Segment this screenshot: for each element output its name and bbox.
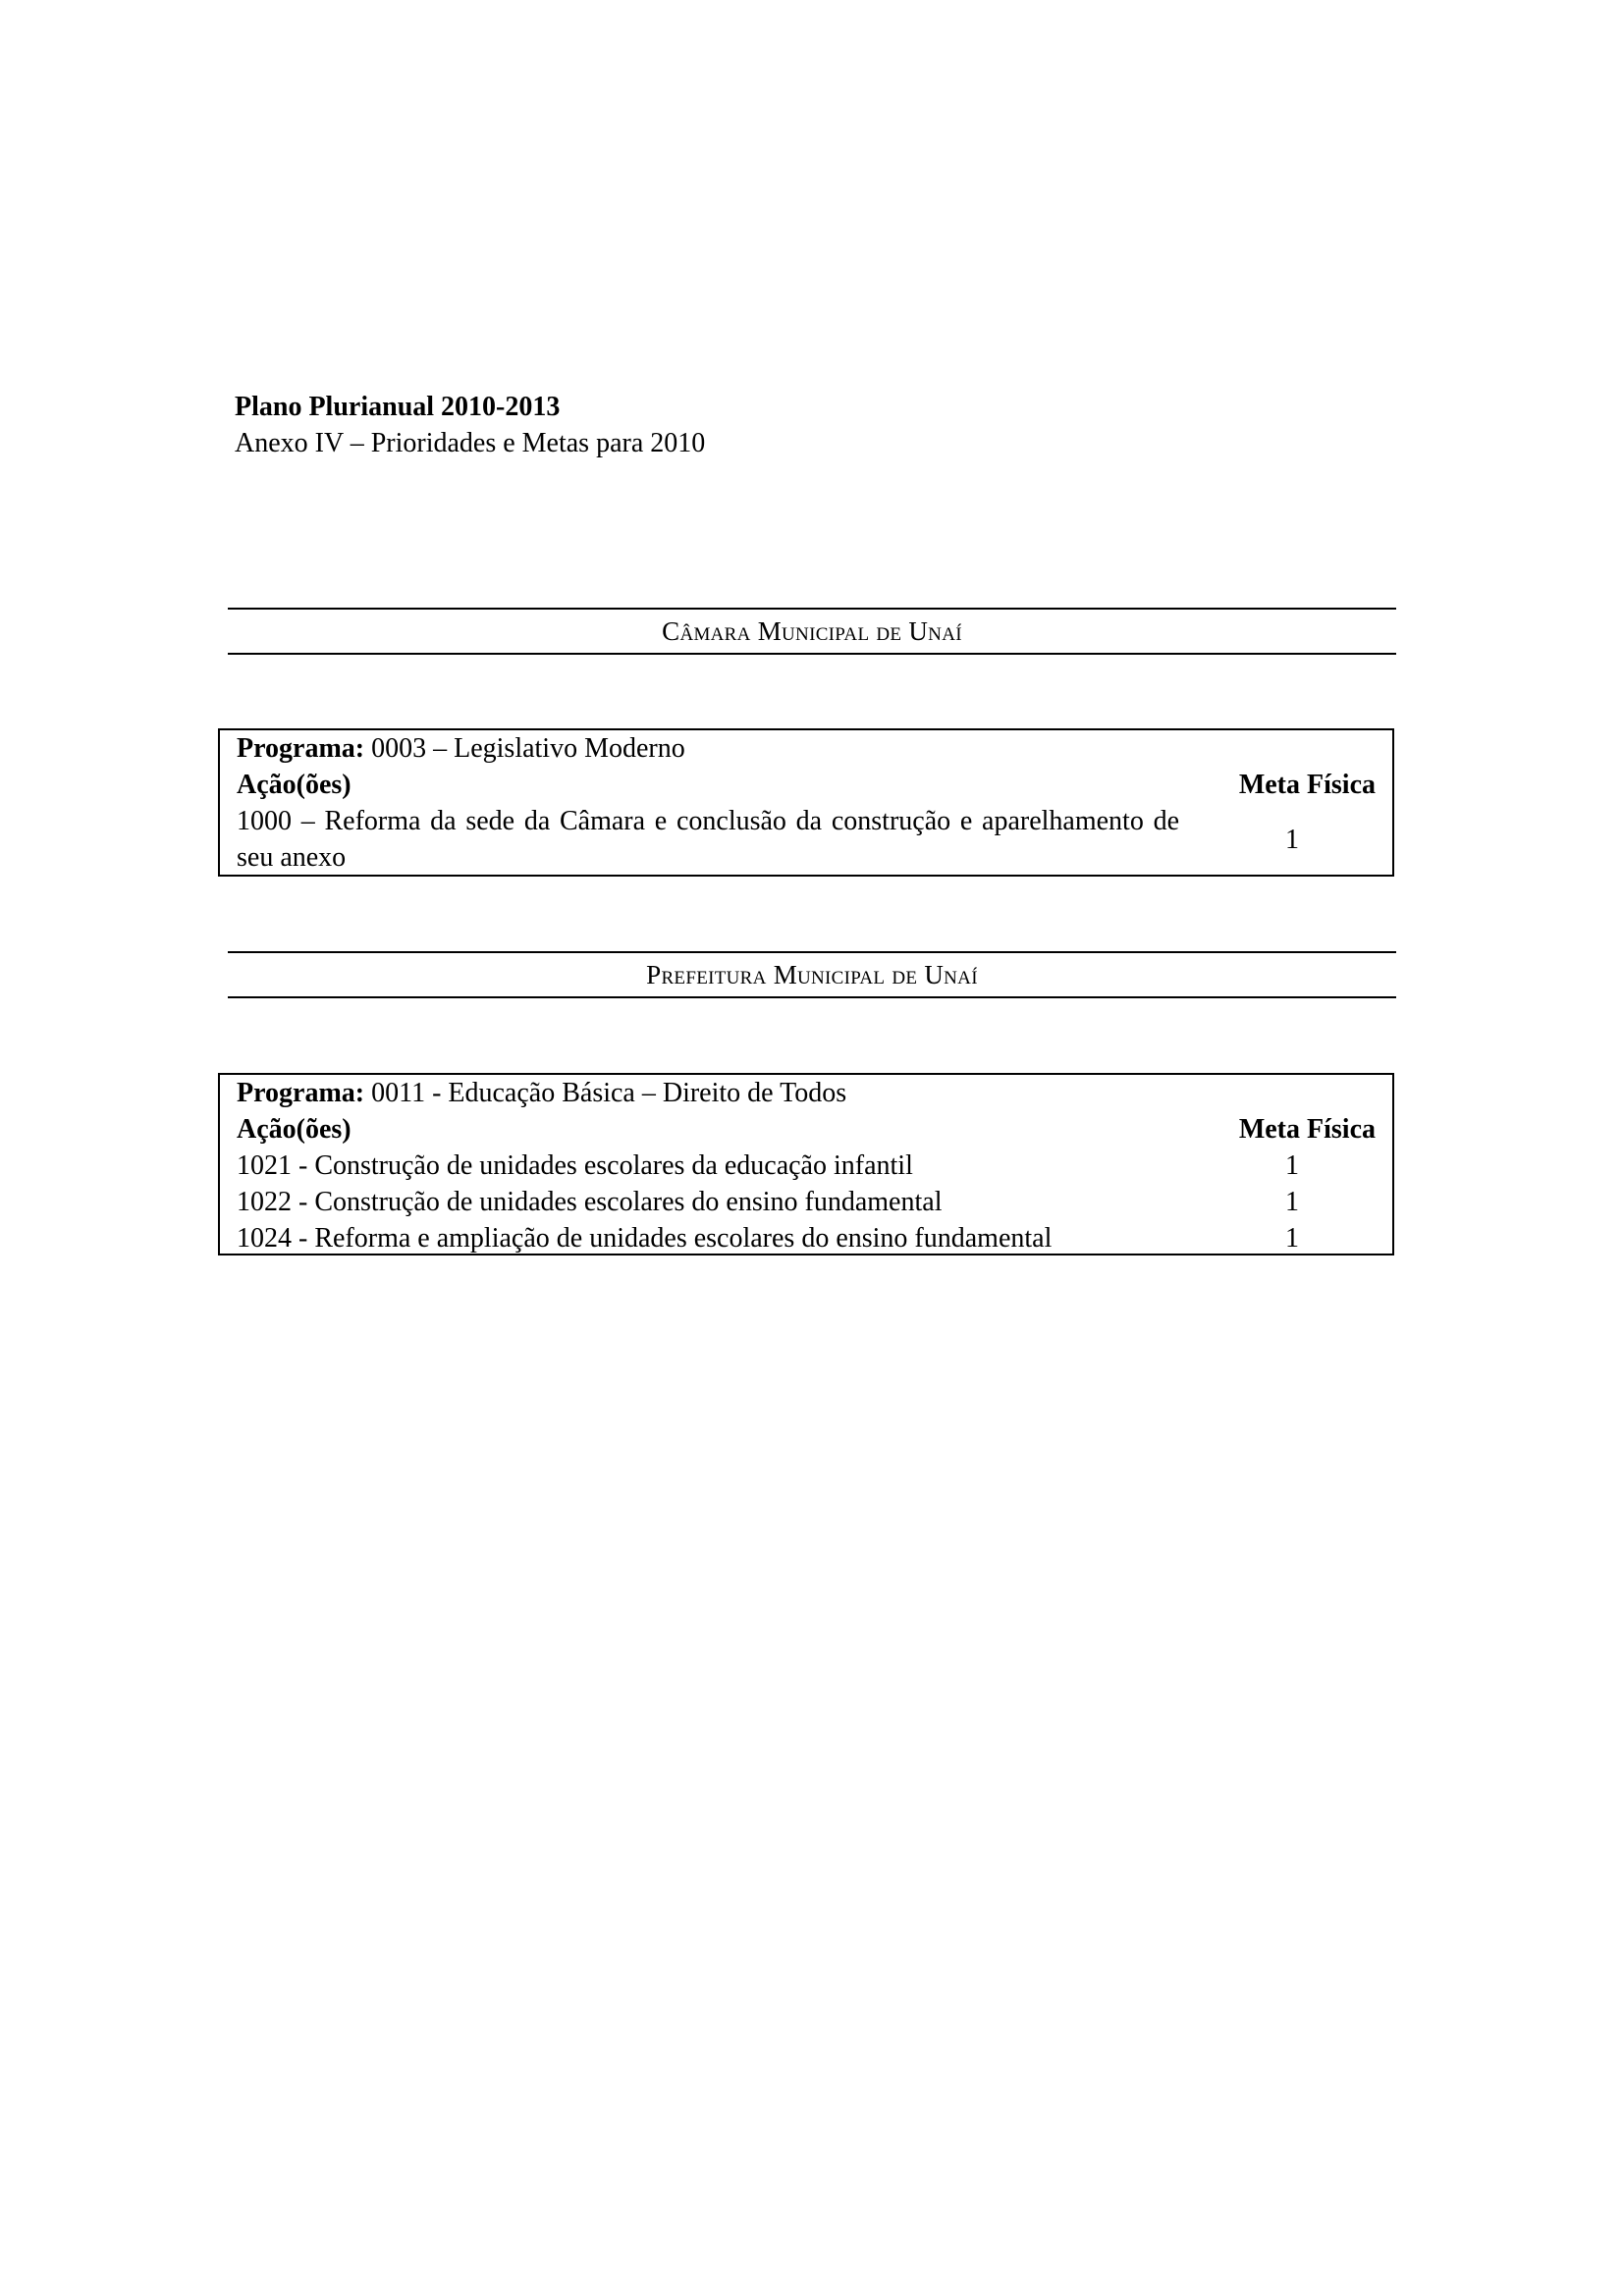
program-box-0011: Programa: 0011 - Educação Básica – Direi…: [218, 1073, 1394, 1255]
section-heading-camara: Câmara Municipal de Unaí: [228, 608, 1396, 655]
program-label: Programa:: [237, 733, 364, 764]
actions-header: Ação(ões): [237, 1111, 1209, 1148]
action-meta: 1: [1209, 1220, 1376, 1256]
program-value: 0011 - Educação Básica – Direito de Todo…: [371, 1078, 846, 1108]
program-box-0003: Programa: 0003 – Legislativo Moderno Açã…: [218, 728, 1394, 877]
action-row: 1000 – Reforma da sede da Câmara e concl…: [237, 803, 1376, 876]
meta-header: Meta Física: [1209, 767, 1376, 803]
action-text: 1021 - Construção de unidades escolares …: [237, 1148, 1209, 1184]
actions-header-row: Ação(ões) Meta Física: [237, 1111, 1376, 1148]
program-label: Programa:: [237, 1078, 364, 1108]
document-subtitle: Anexo IV – Prioridades e Metas para 2010: [235, 425, 705, 461]
meta-header: Meta Física: [1209, 1111, 1376, 1148]
program-value: 0003 – Legislativo Moderno: [371, 733, 685, 764]
action-meta: 1: [1209, 1184, 1376, 1220]
action-text: 1022 - Construção de unidades escolares …: [237, 1184, 1209, 1220]
document-title: Plano Plurianual 2010-2013: [235, 389, 705, 425]
action-row: 1021 - Construção de unidades escolares …: [237, 1148, 1376, 1184]
action-row: 1024 - Reforma e ampliação de unidades e…: [237, 1220, 1376, 1256]
actions-header-row: Ação(ões) Meta Física: [237, 767, 1376, 803]
action-text: 1024 - Reforma e ampliação de unidades e…: [237, 1220, 1209, 1256]
action-text: 1000 – Reforma da sede da Câmara e concl…: [237, 803, 1209, 876]
program-line: Programa: 0011 - Educação Básica – Direi…: [237, 1075, 1376, 1111]
section-heading-text: Câmara Municipal de Unaí: [662, 616, 962, 647]
action-meta: 1: [1209, 822, 1376, 858]
action-row: 1022 - Construção de unidades escolares …: [237, 1184, 1376, 1220]
section-heading-prefeitura: Prefeitura Municipal de Unaí: [228, 951, 1396, 998]
program-line: Programa: 0003 – Legislativo Moderno: [237, 730, 1376, 767]
actions-header: Ação(ões): [237, 767, 1209, 803]
action-meta: 1: [1209, 1148, 1376, 1184]
document-header: Plano Plurianual 2010-2013 Anexo IV – Pr…: [235, 389, 705, 461]
section-heading-text: Prefeitura Municipal de Unaí: [646, 960, 978, 990]
